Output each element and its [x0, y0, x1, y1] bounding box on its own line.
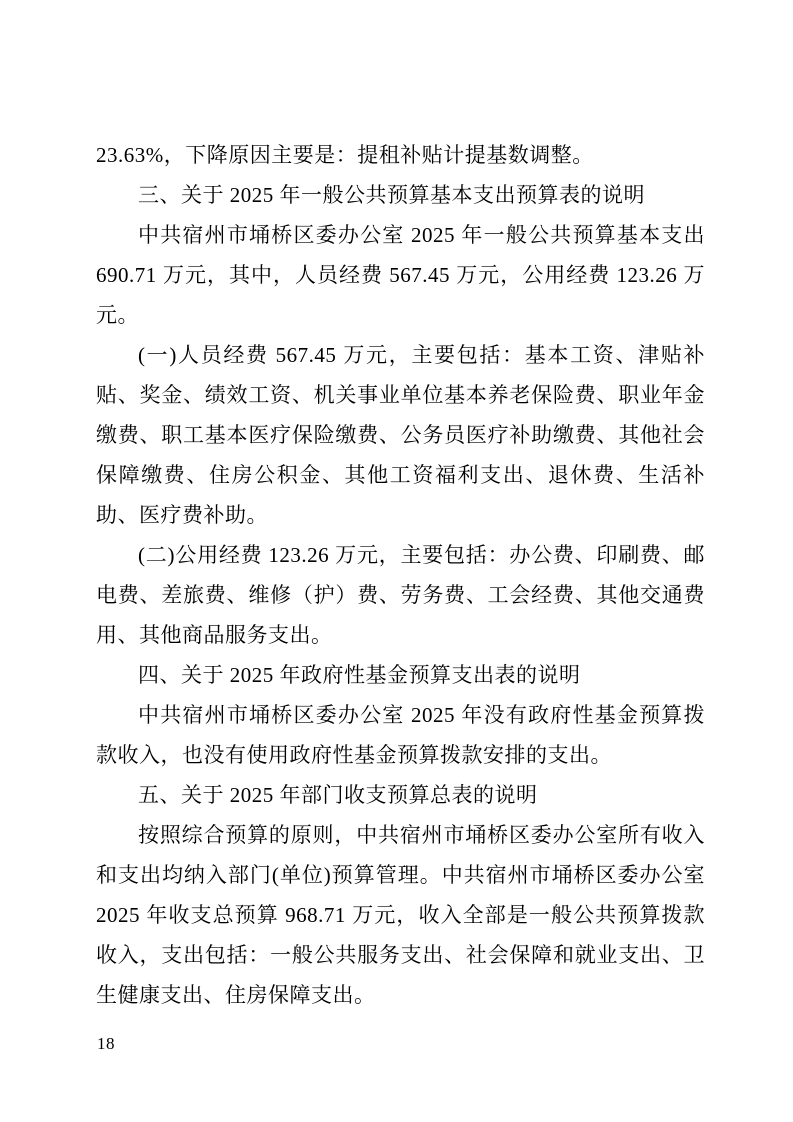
page-number: 18 — [97, 1032, 115, 1056]
paragraph-government-fund: 中共宿州市埇桥区委办公室 2025 年没有政府性基金预算拨款收入，也没有使用政府… — [96, 695, 705, 775]
paragraph-continuation: 23.63%，下降原因主要是：提租补贴计提基数调整。 — [96, 135, 705, 175]
paragraph-public-funds: (二)公用经费 123.26 万元，主要包括：办公费、印刷费、邮电费、差旅费、维… — [96, 535, 705, 655]
section-heading-4: 四、关于 2025 年政府性基金预算支出表的说明 — [96, 655, 705, 695]
paragraph-budget-summary: 按照综合预算的原则，中共宿州市埇桥区委办公室所有收入和支出均纳入部门(单位)预算… — [96, 815, 705, 1015]
section-heading-5: 五、关于 2025 年部门收支预算总表的说明 — [96, 775, 705, 815]
section-heading-3: 三、关于 2025 年一般公共预算基本支出预算表的说明 — [96, 175, 705, 215]
document-body: 23.63%，下降原因主要是：提租补贴计提基数调整。 三、关于 2025 年一般… — [96, 135, 705, 1015]
paragraph-basic-expenditure-total: 中共宿州市埇桥区委办公室 2025 年一般公共预算基本支出 690.71 万元，… — [96, 215, 705, 335]
paragraph-personnel-funds: (一)人员经费 567.45 万元，主要包括：基本工资、津贴补贴、奖金、绩效工资… — [96, 335, 705, 535]
document-page: 23.63%，下降原因主要是：提租补贴计提基数调整。 三、关于 2025 年一般… — [0, 0, 793, 1122]
